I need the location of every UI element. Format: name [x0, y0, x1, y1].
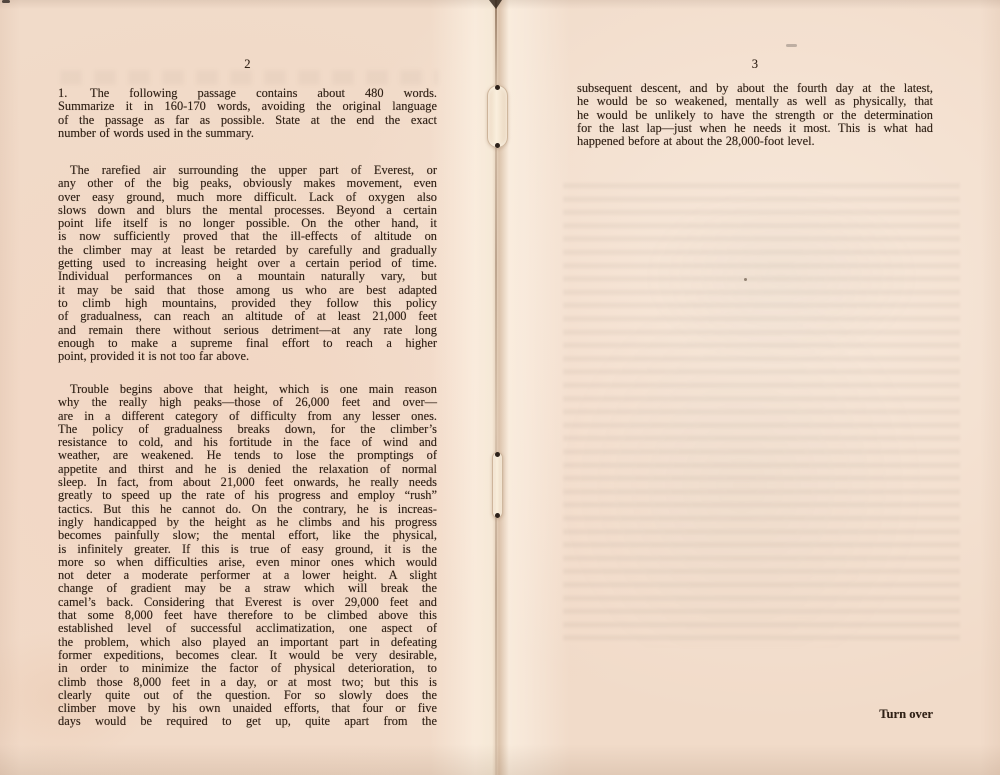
page-number: 3	[577, 57, 933, 72]
passage-paragraph-1: The rarefied air surrounding the upper p…	[58, 164, 437, 363]
text-line: for the last lap—just when he needs it m…	[577, 122, 933, 135]
text-line: to climb high mountains, provided they f…	[58, 297, 437, 310]
staple-bottom	[492, 452, 503, 518]
text-line: clearly quite out of the question. For s…	[58, 689, 437, 702]
text-line: camel’s back. Considering that Everest i…	[58, 596, 437, 609]
text-line: the climber may at least be retarded by …	[58, 244, 437, 257]
text-line: more so when difficulties arise, even mi…	[58, 556, 437, 569]
turn-over-label: Turn over	[577, 707, 933, 722]
text-line: is now sufficiently proved that the ill-…	[58, 230, 437, 243]
text-line: The following passage contains about 480…	[58, 87, 437, 100]
binding-notch-top	[489, 0, 502, 9]
text-line: days would be required to get up, quite …	[58, 715, 437, 728]
text-line: that some 8,000 feet have therefore to b…	[58, 609, 437, 622]
text-line: of gradualness, can reach an altitude of…	[58, 310, 437, 323]
text-line: are in a different category of difficult…	[58, 410, 437, 423]
staple-top	[487, 85, 508, 148]
text-line: the problem, which also played an import…	[58, 636, 437, 649]
text-line: of the passage as far as possible. State…	[58, 114, 437, 127]
text-line: climber move by his own unaided efforts,…	[58, 702, 437, 715]
text-line: in order to minimize the factor of physi…	[58, 662, 437, 675]
instruction-text: The following passage contains about 480…	[58, 87, 437, 140]
page-number: 2	[58, 57, 437, 72]
text-line: The rarefied air surrounding the upper p…	[58, 164, 437, 177]
text-line: why the really high peaks—those of 26,00…	[58, 396, 437, 409]
text-line: weather, are weakened. He tends to lose …	[58, 449, 437, 462]
text-line: The policy of gradualness breaks down, f…	[58, 423, 437, 436]
page-3: 3 subsequent descent, and by about the f…	[577, 0, 933, 775]
text-line: any other of the big peaks, obviously ma…	[58, 177, 437, 190]
text-line: happened before at about the 28,000-foot…	[577, 135, 933, 148]
text-line: and remain there without serious detrime…	[58, 324, 437, 337]
passage-paragraph-2: Trouble begins above that height, which …	[58, 383, 437, 729]
text-line: it may be said that those among us who a…	[58, 284, 437, 297]
text-line: ingly handicapped by the height as he cl…	[58, 516, 437, 529]
text-line: established level of successful acclimat…	[58, 622, 437, 635]
text-line: change of gradient may be a straw which …	[58, 582, 437, 595]
text-line: sleep. In fact, from about 21,000 feet o…	[58, 476, 437, 489]
text-line: not deter a moderate performer at a lowe…	[58, 569, 437, 582]
page-2: 2 1. The following passage contains abou…	[58, 0, 437, 775]
text-line: over easy ground, much more difficult. L…	[58, 191, 437, 204]
text-line: point, provided it is not too far above.	[58, 350, 437, 363]
text-line: enough to make a supreme final effort to…	[58, 337, 437, 350]
text-line: Individual performances on a mountain na…	[58, 270, 437, 283]
question-number: 1.	[58, 87, 90, 100]
text-line: point life itself is no longer possible.…	[58, 217, 437, 230]
text-line: is infinitely greater. If this is true o…	[58, 543, 437, 556]
text-line: climb those 8,000 feet in a day, or at m…	[58, 676, 437, 689]
scan-edge-mark	[2, 0, 10, 3]
text-line: Trouble begins above that height, which …	[58, 383, 437, 396]
text-line: number of words used in the summary.	[58, 127, 437, 140]
text-line: appetite and thirst and he is denied the…	[58, 463, 437, 476]
text-line: subsequent descent, and by about the fou…	[577, 82, 933, 95]
text-line: greatly to speed up the rate of his prog…	[58, 489, 437, 502]
text-line: getting used to increasing height over a…	[58, 257, 437, 270]
scanned-booklet-spread: 2 1. The following passage contains abou…	[0, 0, 1000, 775]
text-line: resistance to cold, and his fortitude in…	[58, 436, 437, 449]
text-line: tactics. But this he cannot do. On the c…	[58, 503, 437, 516]
text-line: slows down and blurs the mental processe…	[58, 204, 437, 217]
text-line: Summarize it in 160-170 words, avoiding …	[58, 100, 437, 113]
text-line: he would be so weakened, mentally as wel…	[577, 95, 933, 108]
text-line: he would be unlikely to have the strengt…	[577, 109, 933, 122]
question-instruction: 1. The following passage contains about …	[58, 87, 437, 140]
text-line: becomes painfully slow; the mental effor…	[58, 529, 437, 542]
passage-paragraph-continuation: subsequent descent, and by about the fou…	[577, 82, 933, 148]
text-line: former expeditions, becomes clear. It wo…	[58, 649, 437, 662]
